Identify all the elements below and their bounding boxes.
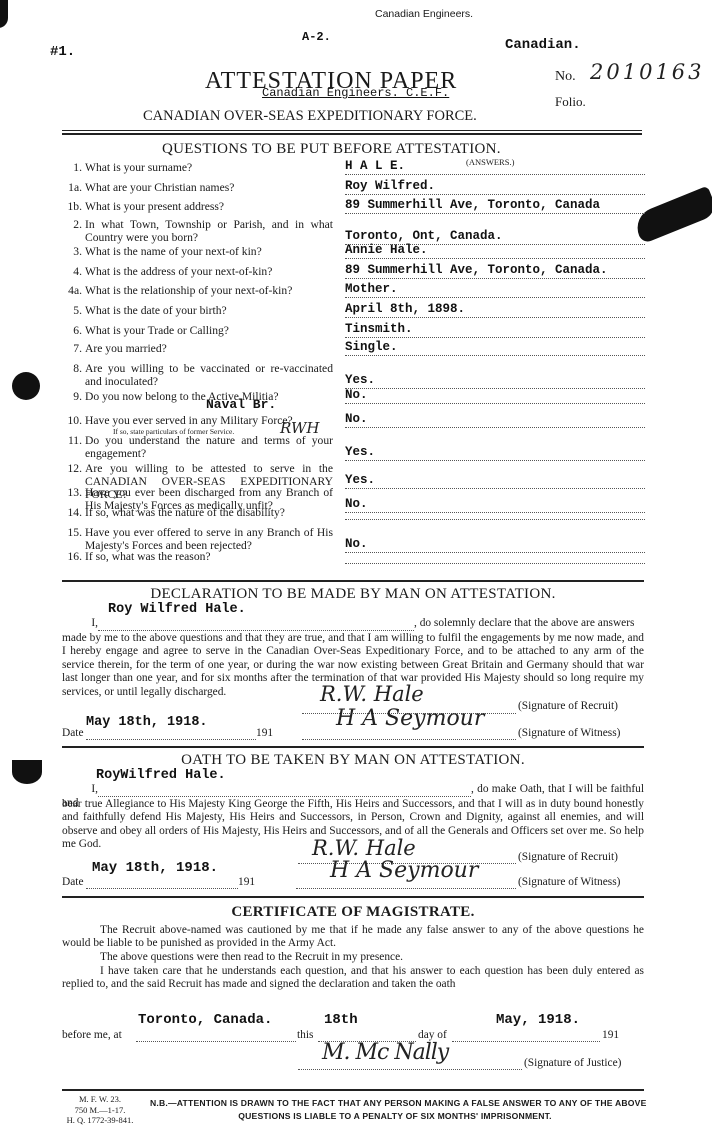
certificate-end-rule (62, 1089, 644, 1091)
question-number: 11. (62, 434, 82, 447)
oath-date-line (86, 876, 238, 889)
certificate-place: Toronto, Canada. (138, 1012, 272, 1028)
question-text: What is the relationship of your next-of… (85, 284, 333, 297)
answer-value: H A L E. (345, 159, 405, 173)
answer-value: 89 Summerhill Ave, Toronto, Canada (345, 198, 600, 212)
form-code-1: M. F. W. 23. (62, 1094, 138, 1105)
oath-year-prefix: 191 (238, 876, 255, 888)
question-number: 4a. (62, 284, 82, 297)
declaration-witness-signature: H A Seymour (336, 706, 484, 731)
answer-value: Yes. (345, 373, 375, 387)
document-subtitle: CANADIAN OVER-SEAS EXPEDITIONARY FORCE. (143, 108, 477, 125)
answer-value: No. (345, 537, 368, 551)
question-text: What are your Christian names? (85, 181, 333, 194)
certificate-year-prefix: 191 (602, 1029, 619, 1041)
question-text: Are you willing to be vaccinated or re-v… (85, 362, 333, 388)
regimental-number: 2010163 (590, 60, 705, 84)
oath-witness-label: (Signature of Witness) (518, 876, 620, 888)
certificate-place-line (136, 1029, 296, 1042)
question-number: 13. (62, 486, 82, 499)
question-number: 4. (62, 265, 82, 278)
justice-label: (Signature of Justice) (524, 1057, 621, 1069)
unit-stamp: Canadian Engineers. C.E.F. (262, 86, 449, 100)
question-number: 2. (62, 218, 82, 231)
answer-value: Yes. (345, 445, 375, 459)
question-number: 15. (62, 526, 82, 539)
answer-line (345, 390, 645, 404)
answer-line (345, 414, 645, 428)
question-text: What is your Trade or Calling? (85, 324, 333, 337)
oath-date-label: Date (62, 876, 84, 888)
question-number: 14. (62, 506, 82, 519)
unit-top-stamp: Canadian Engineers. (375, 8, 473, 20)
answer-value: Yes. (345, 473, 375, 487)
question-number: 9. (62, 390, 82, 403)
form-code: A-2. (302, 30, 331, 44)
question-number: 1. (62, 161, 82, 174)
certificate-this-label: this (297, 1029, 313, 1041)
questions-heading: QUESTIONS TO BE PUT BEFORE ATTESTATION. (162, 141, 501, 158)
oath-witness-signature: H A Seymour (330, 858, 478, 883)
answer-value: Roy Wilfred. (345, 179, 435, 193)
declaration-name-field: Roy Wilfred Hale. (98, 617, 414, 631)
declaration-recruit-label: (Signature of Recruit) (518, 700, 618, 712)
question-text: If so, what was the reason? (85, 550, 333, 563)
question-text: Have you ever offered to serve in any Br… (85, 526, 333, 552)
question-text: What is your surname? (85, 161, 333, 174)
question-number: 5. (62, 304, 82, 317)
answer-value: Single. (345, 340, 398, 354)
answer-line (345, 475, 645, 489)
oath-date: May 18th, 1918. (92, 860, 218, 876)
question-text: If so, what was the nature of the disabi… (85, 506, 333, 519)
declaration-heading: DECLARATION TO BE MADE BY MAN ON ATTESTA… (62, 586, 644, 603)
penalty-notice-line-1: N.B.—ATTENTION IS DRAWN TO THE FACT THAT… (150, 1097, 640, 1110)
header-rule (62, 130, 642, 135)
question-text: In what Town, Township or Parish, and in… (85, 218, 333, 244)
penalty-notice-line-2: QUESTIONS IS LIABLE TO A PENALTY OF SIX … (150, 1110, 640, 1123)
naval-overwrite: Naval Br. (206, 397, 276, 412)
form-code-3: H. Q. 1772-39-841. (62, 1115, 138, 1126)
certificate-paragraph-1: The Recruit above-named was cautioned by… (62, 924, 644, 951)
question-number: 1b. (62, 200, 82, 213)
penalty-notice: N.B.—ATTENTION IS DRAWN TO THE FACT THAT… (150, 1097, 640, 1123)
question-number: 7. (62, 342, 82, 355)
questions-end-rule (62, 580, 644, 582)
declaration-first-line: I,Roy Wilfred Hale. , do solemnly declar… (62, 617, 644, 631)
certificate-heading: CERTIFICATE OF MAGISTRATE. (62, 904, 644, 921)
declaration-witness-label: (Signature of Witness) (518, 727, 620, 739)
declaration-date-label: Date (62, 727, 84, 739)
oath-name-field: RoyWilfred Hale. (98, 783, 471, 797)
answer-value: Toronto, Ont, Canada. (345, 229, 503, 243)
q10-initials: RWH (280, 419, 319, 437)
certificate-paragraph-3: I have taken care that he understands ea… (62, 965, 644, 992)
oath-recruit-label: (Signature of Recruit) (518, 851, 618, 863)
question-text: Do you understand the nature and terms o… (85, 434, 333, 460)
question-number: 1a. (62, 181, 82, 194)
question-text: Are you married? (85, 342, 333, 355)
answer-value: No. (345, 412, 368, 426)
oath-i-label: I, (62, 783, 98, 796)
corner-number: #1. (50, 44, 75, 60)
declaration-recruit-signature: R.W. Hale (320, 682, 424, 706)
answer-line (345, 447, 645, 461)
declaration-i-label: I, (62, 617, 98, 630)
declaration-name: Roy Wilfred Hale. (108, 603, 246, 616)
answer-line (345, 375, 645, 389)
answer-line (345, 550, 645, 564)
answer-value: Tinsmith. (345, 322, 413, 336)
question-number: 16. (62, 550, 82, 563)
answer-value: Annie Hale. (345, 243, 428, 257)
answer-value: April 8th, 1898. (345, 302, 465, 316)
form-codes: M. F. W. 23. 750 M.—1-17. H. Q. 1772-39-… (62, 1094, 138, 1126)
q10-note: If so, state particulars of former Servi… (113, 427, 234, 436)
nationality-stamp: Canadian. (505, 37, 581, 53)
oath-end-rule (62, 896, 644, 898)
declaration-year-prefix: 191 (256, 727, 273, 739)
certificate-day: 18th (324, 1012, 358, 1028)
answer-value: 89 Summerhill Ave, Toronto, Canada. (345, 263, 608, 277)
question-number: 12. (62, 462, 82, 475)
folio-label: Folio. (555, 94, 586, 110)
answer-value: No. (345, 388, 368, 402)
certificate-before-label: before me, at (62, 1029, 122, 1041)
punch-hole-top (0, 0, 8, 28)
punch-hole-lower (12, 760, 42, 784)
question-text: What is your present address? (85, 200, 333, 213)
certificate-month-year: May, 1918. (496, 1012, 580, 1028)
question-number: 10. (62, 414, 82, 427)
question-number: 6. (62, 324, 82, 337)
regimental-number-label: No. (555, 69, 576, 85)
declaration-date: May 18th, 1918. (86, 715, 208, 730)
question-text: What is the date of your birth? (85, 304, 333, 317)
answer-value: Mother. (345, 282, 398, 296)
oath-name: RoyWilfred Hale. (96, 769, 226, 782)
answer-line (345, 506, 645, 520)
certificate-paragraph-2: The above questions were then read to th… (62, 951, 644, 964)
form-code-2: 750 M.—1-17. (62, 1105, 138, 1116)
punch-hole-middle (12, 372, 40, 400)
declaration-end-rule (62, 746, 644, 748)
oath-recruit-signature: R.W. Hale (312, 836, 416, 860)
question-text: What is the name of your next-of kin? (85, 245, 333, 258)
question-number: 8. (62, 362, 82, 375)
declaration-text-first: , do solemnly declare that the above are… (414, 617, 634, 629)
question-text: What is the address of your next-of-kin? (85, 265, 333, 278)
certificate-month-line (452, 1029, 600, 1042)
question-number: 3. (62, 245, 82, 258)
oath-heading: OATH TO BE TAKEN BY MAN ON ATTESTATION. (62, 752, 644, 769)
justice-signature: M. Mc Nally (322, 1040, 448, 1065)
